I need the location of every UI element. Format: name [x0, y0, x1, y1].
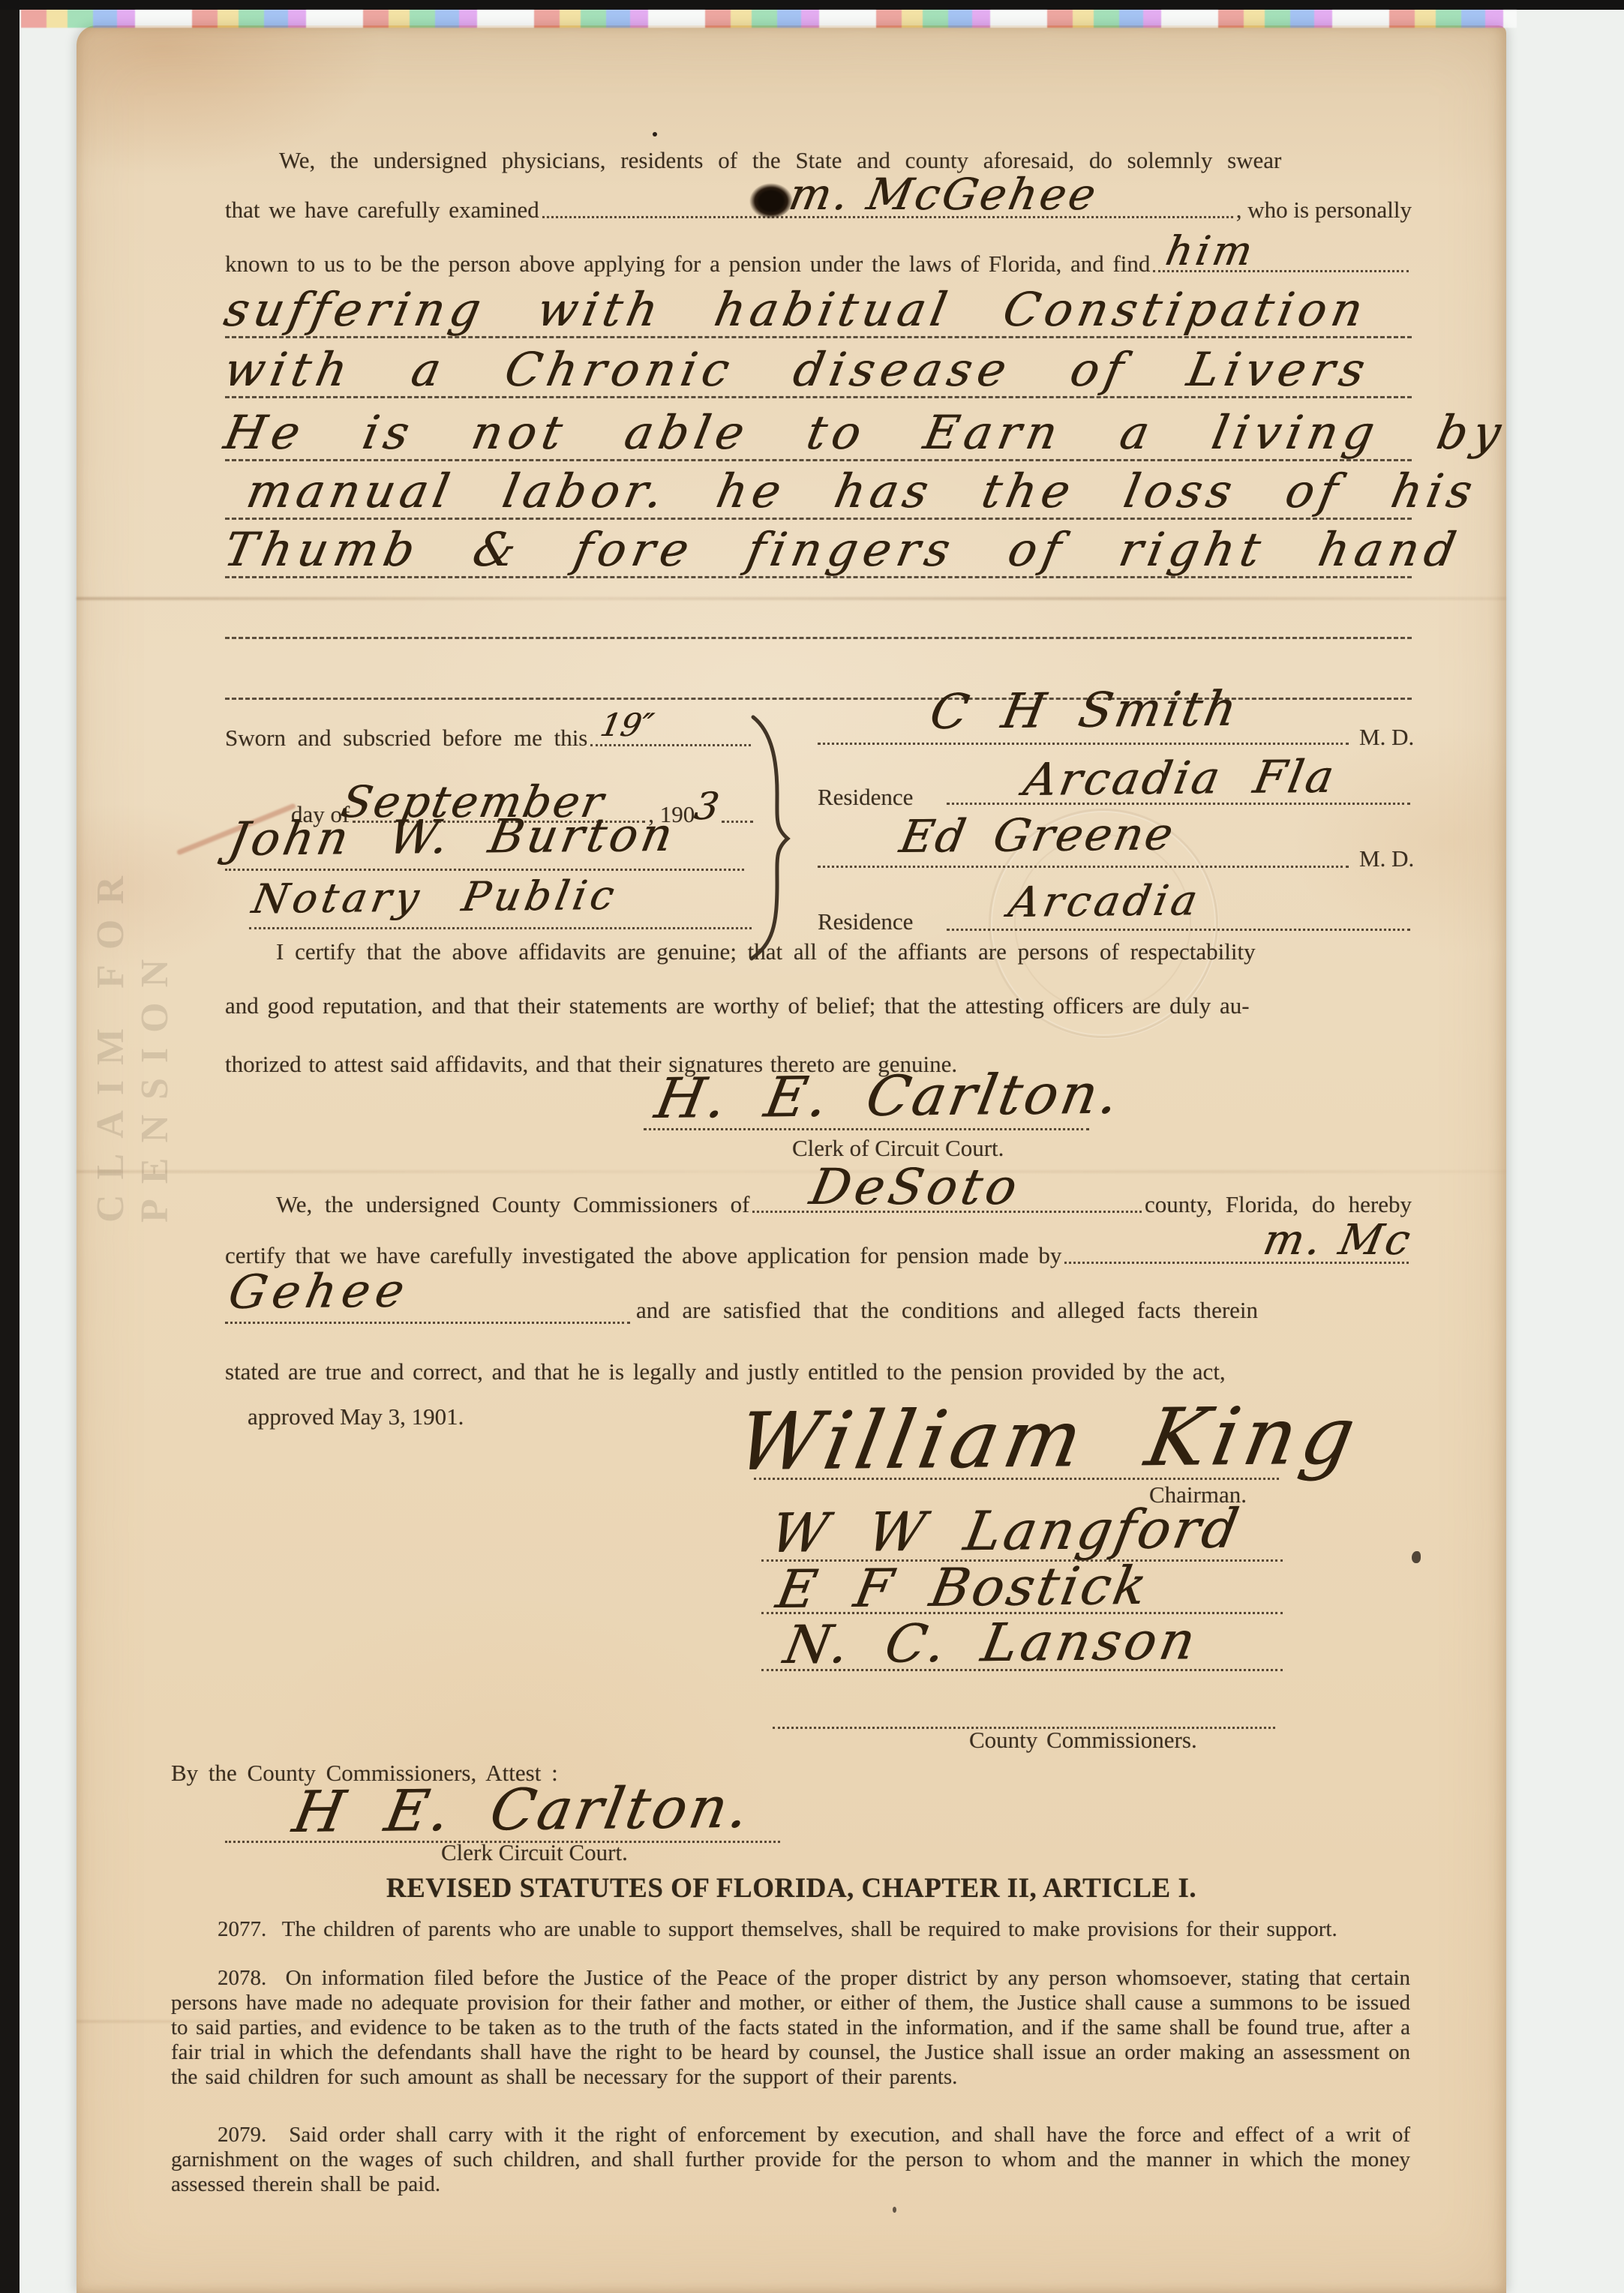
- scanner-edge-top: [0, 0, 1624, 10]
- commissioners-group-title: County Commissioners.: [969, 1727, 1197, 1753]
- dotted-line: him: [1153, 269, 1409, 272]
- handwritten-year-digit: 3: [692, 785, 722, 828]
- statute-2078-text: On information filed before the Justice …: [171, 1966, 1410, 2089]
- handwritten-finding-3: He is not able to Earn a living by: [221, 410, 1510, 456]
- residence-label-1: Residence: [818, 785, 913, 810]
- oath-line-2-post: , who is personally: [1236, 197, 1412, 224]
- notary-title-handwritten: Notary Public: [249, 875, 622, 920]
- dotted-line: DeSoto: [752, 1209, 1142, 1213]
- scanned-pension-document: CLAIM FOR PENSION We, the undersigned ph…: [0, 0, 1624, 2293]
- ink-speck: [893, 2207, 896, 2213]
- physician-1-signature: C H Smith: [926, 686, 1243, 737]
- oath-line-2-pre: that we have carefully examined: [225, 197, 539, 224]
- clerk-signature: H. E. Carlton.: [651, 1067, 1126, 1127]
- physician-2-signature: Ed Greene: [896, 812, 1178, 860]
- scanner-rainbow-strip: [21, 10, 1517, 28]
- dotted-line: [754, 1476, 1279, 1480]
- ink-speck: [1412, 1551, 1421, 1563]
- dotted-line: [249, 926, 752, 929]
- oath-line-3-pre: known to us to be the person above apply…: [225, 251, 1150, 278]
- oath-line-1: We, the undersigned physicians, resident…: [279, 148, 1281, 173]
- commissioners-line-4: stated are true and correct, and that he…: [225, 1359, 1226, 1385]
- dotted-line: m. Mc: [1064, 1260, 1409, 1264]
- handwritten-county: DeSoto: [806, 1163, 1025, 1212]
- attest-signature: H E. Carlton.: [289, 1779, 756, 1841]
- physician-2-degree: M. D.: [1359, 846, 1414, 872]
- clerk-cert-line-2: and good reputation, and that their stat…: [225, 993, 1250, 1019]
- findings-line-2: with a Chronic disease of Livers: [225, 344, 1412, 398]
- findings-line-3: He is not able to Earn a living by: [225, 407, 1412, 461]
- commissioners-line-3: and are satisfied that the conditions an…: [636, 1298, 1258, 1323]
- dotted-line: m. McGehee: [542, 215, 1233, 218]
- dashed-rule: [225, 635, 1412, 639]
- residence-label-2: Residence: [818, 909, 913, 935]
- dotted-line: 19″: [590, 743, 751, 746]
- sworn-line-text: Sworn and subscried before me this: [225, 725, 587, 752]
- handwritten-finding-5: Thumb & fore fingers of right hand: [221, 527, 1465, 573]
- dotted-line: [761, 1667, 1283, 1671]
- physician-1-residence: Arcadia Fla: [1020, 755, 1340, 803]
- commissioner-signature-3: E F Bostick: [773, 1559, 1154, 1616]
- findings-line-4: manual labor. he has the loss of his: [225, 465, 1412, 520]
- dotted-line: [818, 741, 1349, 745]
- statute-2077: 2077. The children of parents who are un…: [171, 1917, 1410, 1942]
- handwritten-finding-2: with a Chronic disease of Livers: [221, 347, 1374, 393]
- statute-2079: 2079. Said order shall carry with it the…: [171, 2123, 1410, 2197]
- dotted-line: [225, 867, 744, 871]
- scanner-edge-left: [0, 0, 20, 2293]
- handwritten-applicant-name-part2: Gehee: [225, 1267, 413, 1316]
- commissioners-line-5: approved May 3, 1901.: [248, 1404, 464, 1430]
- commissioners-line-1-post: county, Florida, do hereby: [1145, 1191, 1412, 1218]
- notary-brace: [746, 714, 794, 962]
- commissioners-line-1: We, the undersigned County Commissioners…: [276, 1191, 1412, 1218]
- dotted-line: [225, 1320, 630, 1324]
- ink-speck: [653, 132, 657, 137]
- handwritten-applicant-name-part1: m. Mc: [1259, 1220, 1415, 1262]
- statutes-heading: REVISED STATUTES OF FLORIDA, CHAPTER II,…: [77, 1872, 1506, 1904]
- sworn-line: Sworn and subscried before me this 19″: [225, 725, 754, 752]
- handwritten-finding-1: suffering with habitual Constipation: [221, 287, 1371, 333]
- dotted-line: [644, 1127, 1089, 1130]
- statute-2079-number: 2079.: [218, 2123, 266, 2147]
- statute-2079-text: Said order shall carry with it the right…: [171, 2123, 1410, 2196]
- ghost-bleedthrough-text: CLAIM FOR PENSION: [89, 638, 177, 1223]
- findings-line-1: suffering with habitual Constipation: [225, 284, 1412, 338]
- handwritten-day: 19″: [598, 710, 656, 741]
- commissioner-signature-2: W W Langford: [767, 1501, 1245, 1560]
- statute-2077-number: 2077.: [218, 1917, 266, 1941]
- handwritten-finding-4: manual labor. he has the loss of his: [243, 468, 1481, 515]
- statute-2078-number: 2078.: [218, 1966, 266, 1990]
- dotted-line: [947, 927, 1410, 931]
- commissioners-line-1-pre: We, the undersigned County Commissioners…: [276, 1191, 749, 1218]
- oath-line-2: that we have carefully examined m. McGeh…: [225, 197, 1412, 224]
- notary-signature: John W. Burton: [225, 812, 680, 863]
- commissioner-signature-4: N. C. Lanson: [780, 1614, 1202, 1671]
- findings-line-5: Thumb & fore fingers of right hand: [225, 524, 1412, 578]
- dotted-line: [947, 801, 1410, 805]
- handwritten-him: him: [1163, 231, 1259, 272]
- physician-1-degree: M. D.: [1359, 725, 1414, 750]
- handwritten-examined-name: m. McGehee: [785, 173, 1102, 216]
- attest-title: Clerk Circuit Court.: [441, 1840, 628, 1865]
- oath-line-3: known to us to be the person above apply…: [225, 251, 1412, 278]
- statute-2078: 2078. On information filed before the Ju…: [171, 1966, 1410, 2090]
- fold-crease: [77, 597, 1506, 600]
- dotted-line: [818, 864, 1349, 868]
- clerk-title: Clerk of Circuit Court.: [792, 1136, 1004, 1161]
- fold-crease: [77, 1170, 1506, 1173]
- clerk-cert-line-1: I certify that the above affidavits are …: [276, 939, 1256, 965]
- physician-2-residence: Arcadia: [1005, 880, 1204, 924]
- statute-2077-text: The children of parents who are unable t…: [282, 1917, 1337, 1941]
- chairman-signature: William King: [731, 1396, 1366, 1482]
